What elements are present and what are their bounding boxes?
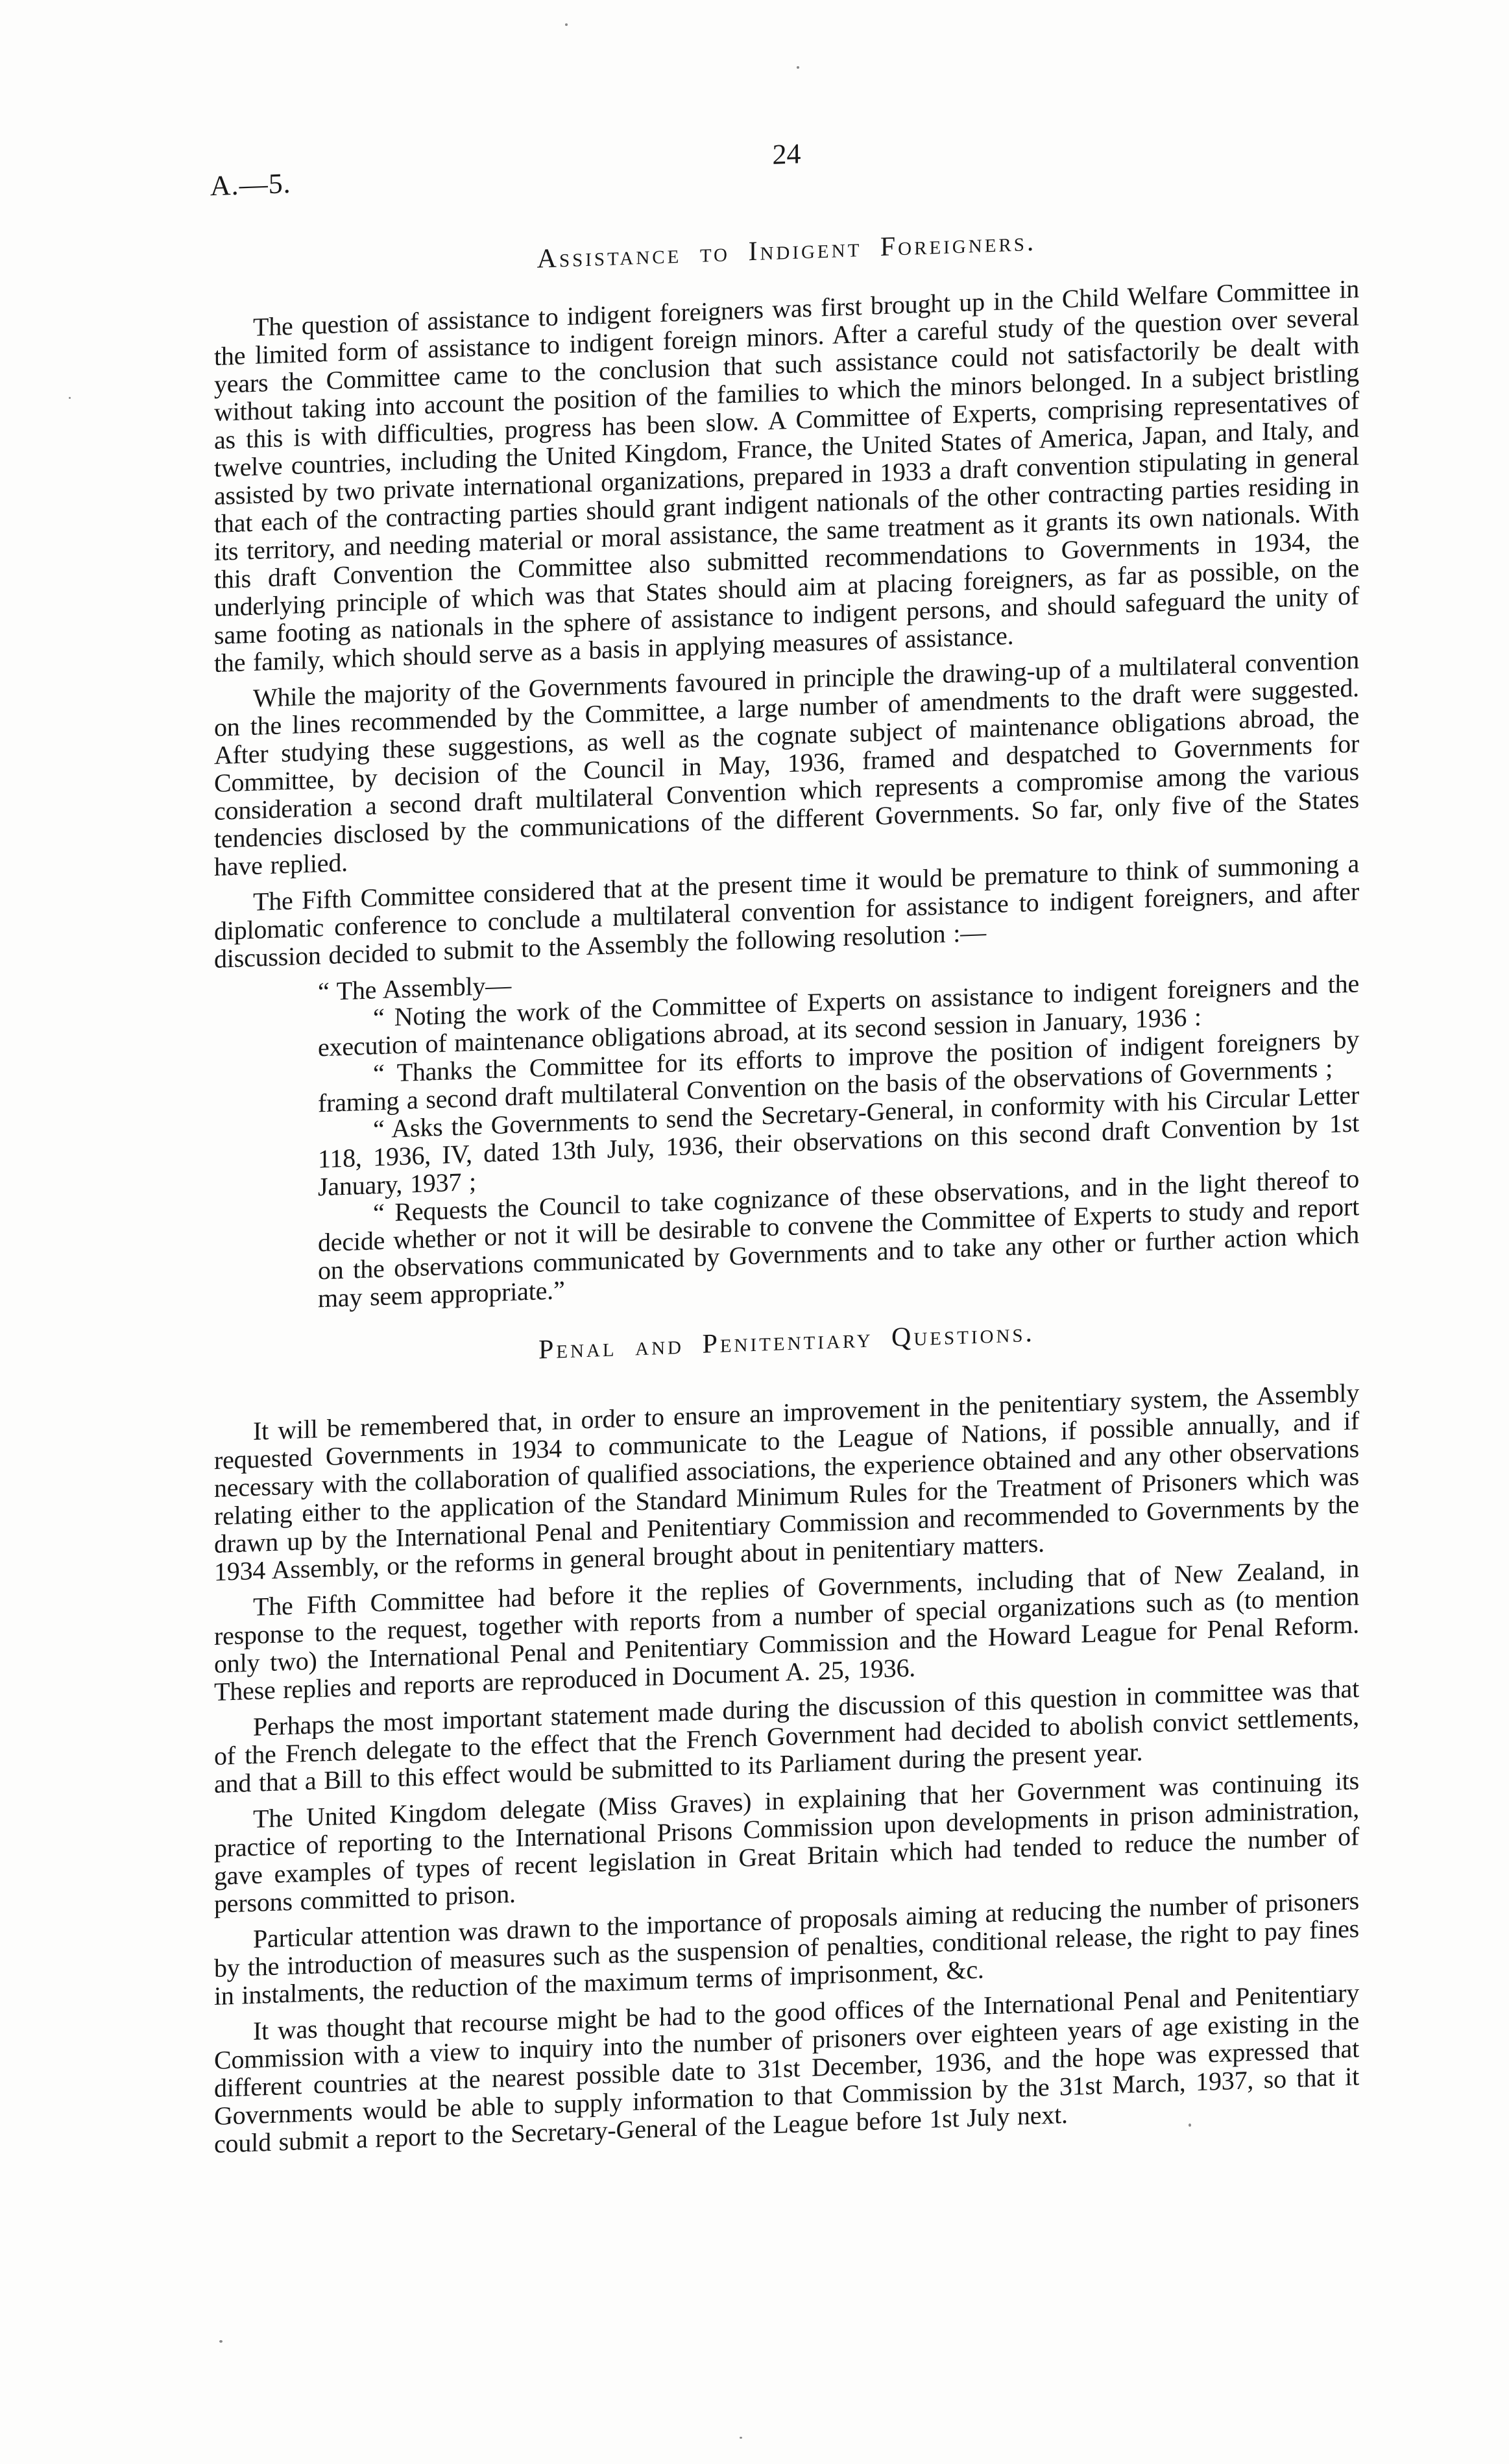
paragraph: While the majority of the Governments fa… [214,645,1359,881]
scan-speck [219,2340,223,2343]
scan-speck [902,729,904,731]
scan-speck [797,66,799,69]
scan-speck [740,2437,742,2439]
section-title-penal: Penal and Penitentiary Questions. [214,1306,1359,1377]
scan-speck [565,23,568,26]
document-page: { "header": { "doc_ref": "A.—5.", "page_… [0,0,1509,2464]
page-header: A.—5. 24 [214,125,1359,199]
section-title-assistance: Assistance to Indigent Foreigners. [214,215,1359,286]
resolution-block: “ The Assembly— “ Noting the work of the… [318,941,1359,1312]
paragraph: It was thought that recourse might be ha… [214,1978,1359,2158]
paragraph: The question of assistance to indigent f… [214,274,1359,677]
scanned-text-block: A.—5. 24 Assistance to Indigent Foreigne… [214,125,1359,2166]
paragraph: It will be remembered that, in order to … [214,1378,1359,1586]
scan-speck [1189,2123,1191,2127]
page-number: 24 [214,117,1359,191]
scan-speck [69,397,71,399]
